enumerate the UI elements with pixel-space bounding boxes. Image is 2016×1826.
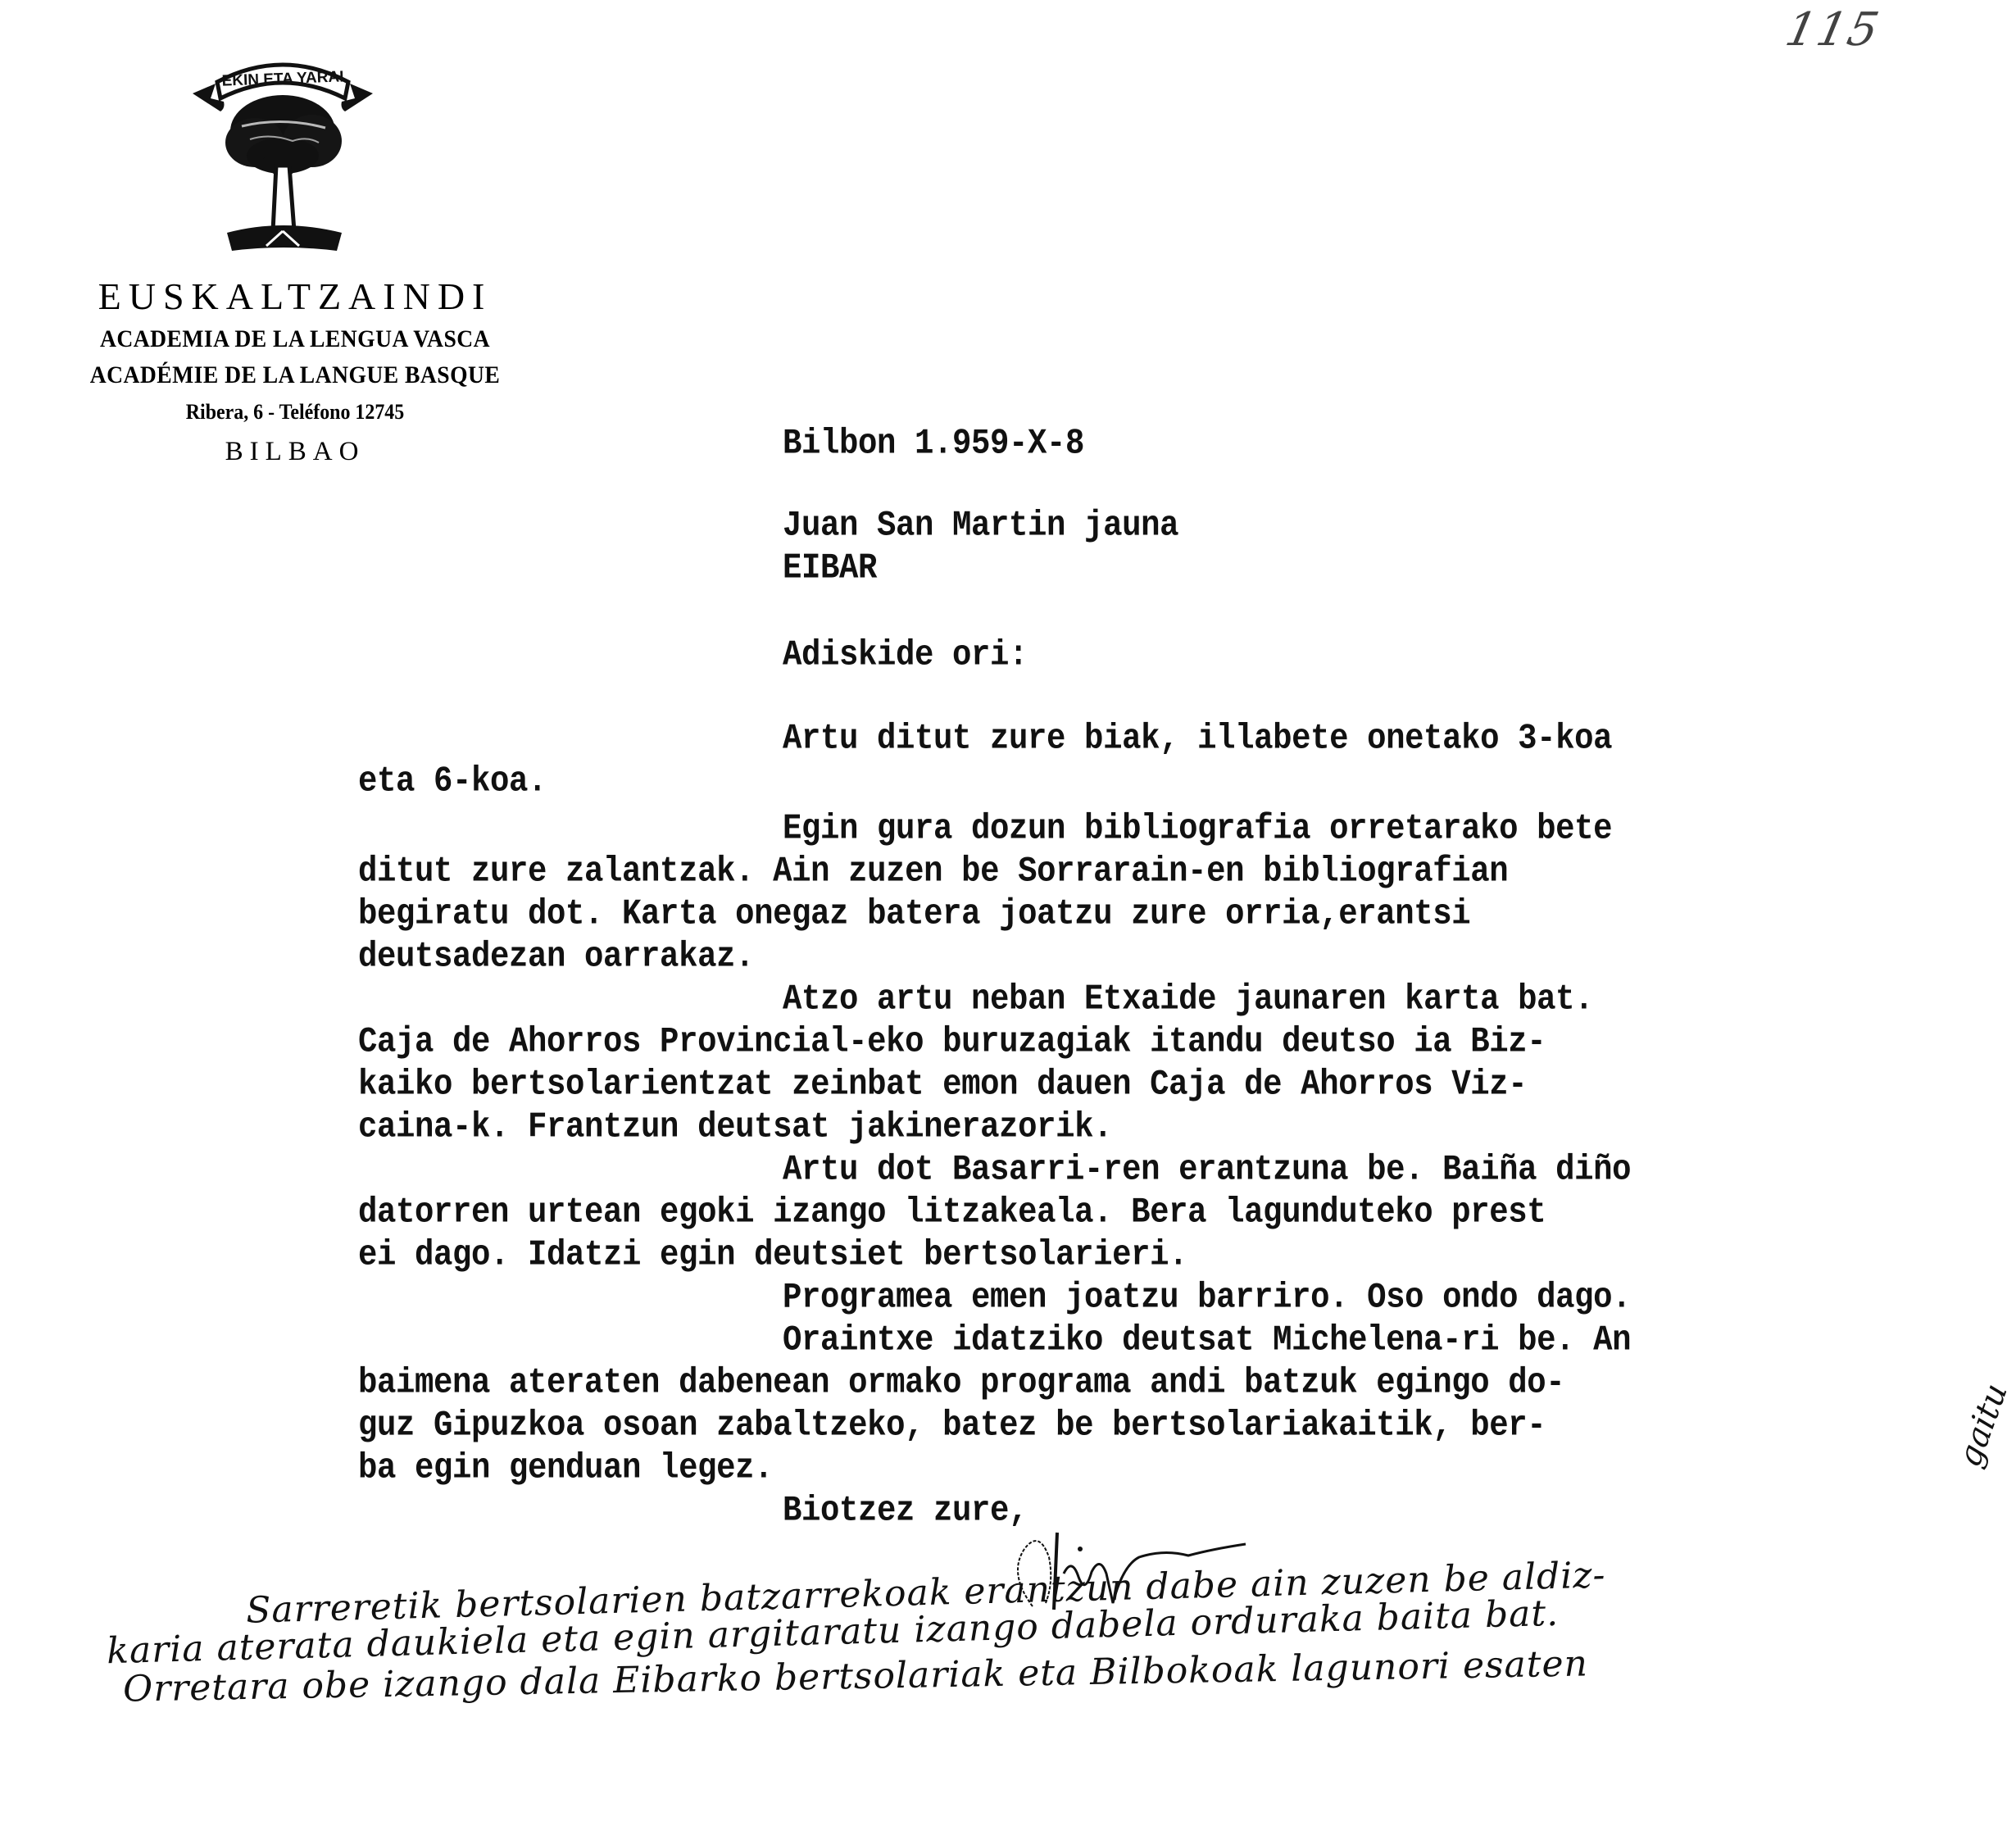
postscript-margin-note: gaitu <box>1950 1379 2015 1472</box>
body-line: caina-k. Frantzun deutsat jakinerazorik. <box>358 1110 1112 1146</box>
body-line: Biotzez zure, <box>783 1493 1028 1529</box>
body-line: Oraintxe idatziko deutsat Michelena-ri b… <box>783 1323 1631 1359</box>
academy-subtitle-es: ACADEMIA DE LA LENGUA VASCA <box>69 325 521 353</box>
salutation: Adiskide ori: <box>783 638 1028 674</box>
academy-address: Ribera, 6 - Teléfono 12745 <box>69 400 521 425</box>
oak-tree-emblem-icon: EKIN ETA YARAI <box>184 51 381 256</box>
body-line: Artu ditut zure biak, illabete onetako 3… <box>783 721 1612 757</box>
body-line: eta 6-koa. <box>358 764 547 800</box>
body-line: datorren urtean egoki izango litzakeala.… <box>358 1195 1546 1231</box>
body-line: deutsadezan oarrakaz. <box>358 939 754 975</box>
body-line: Programea emen joatzu barriro. Oso ondo … <box>783 1280 1631 1316</box>
body-line: ba egin genduan legez. <box>358 1451 773 1487</box>
academy-subtitle-fr: ACADÉMIE DE LA LANGUE BASQUE <box>69 361 521 389</box>
letter-page: 115 EKIN ETA YARAI EUSKALTZAINDI ACADEMI… <box>0 0 2016 1826</box>
body-line: Caja de Ahorros Provincial-eko buruzagia… <box>358 1024 1546 1061</box>
body-line: guz Gipuzkoa osoan zabaltzeko, batez be … <box>358 1408 1546 1444</box>
academy-city: BILBAO <box>49 437 541 467</box>
body-line: ditut zure zalantzak. Ain zuzen be Sorra… <box>358 854 1508 890</box>
body-line: kaiko bertsolarientzat zeinbat emon daue… <box>358 1067 1527 1103</box>
body-line: ei dago. Idatzi egin deutsiet bertsolari… <box>358 1238 1187 1274</box>
letter-date: Bilbon 1.959-X-8 <box>783 426 1084 462</box>
academy-name: EUSKALTZAINDI <box>49 275 541 318</box>
body-line: Artu dot Basarri-ren erantzuna be. Baiña… <box>783 1152 1631 1188</box>
body-line: Egin gura dozun bibliografia orretarako … <box>783 811 1612 847</box>
body-line: begiratu dot. Karta onegaz batera joatzu… <box>358 897 1470 933</box>
archive-number: 115 <box>1781 3 1885 57</box>
body-line: Atzo artu neban Etxaide jaunaren karta b… <box>783 982 1593 1018</box>
recipient-city: EIBAR <box>783 551 877 587</box>
body-line: baimena ateraten dabenean ormako program… <box>358 1365 1564 1401</box>
recipient-name: Juan San Martin jauna <box>783 508 1178 544</box>
